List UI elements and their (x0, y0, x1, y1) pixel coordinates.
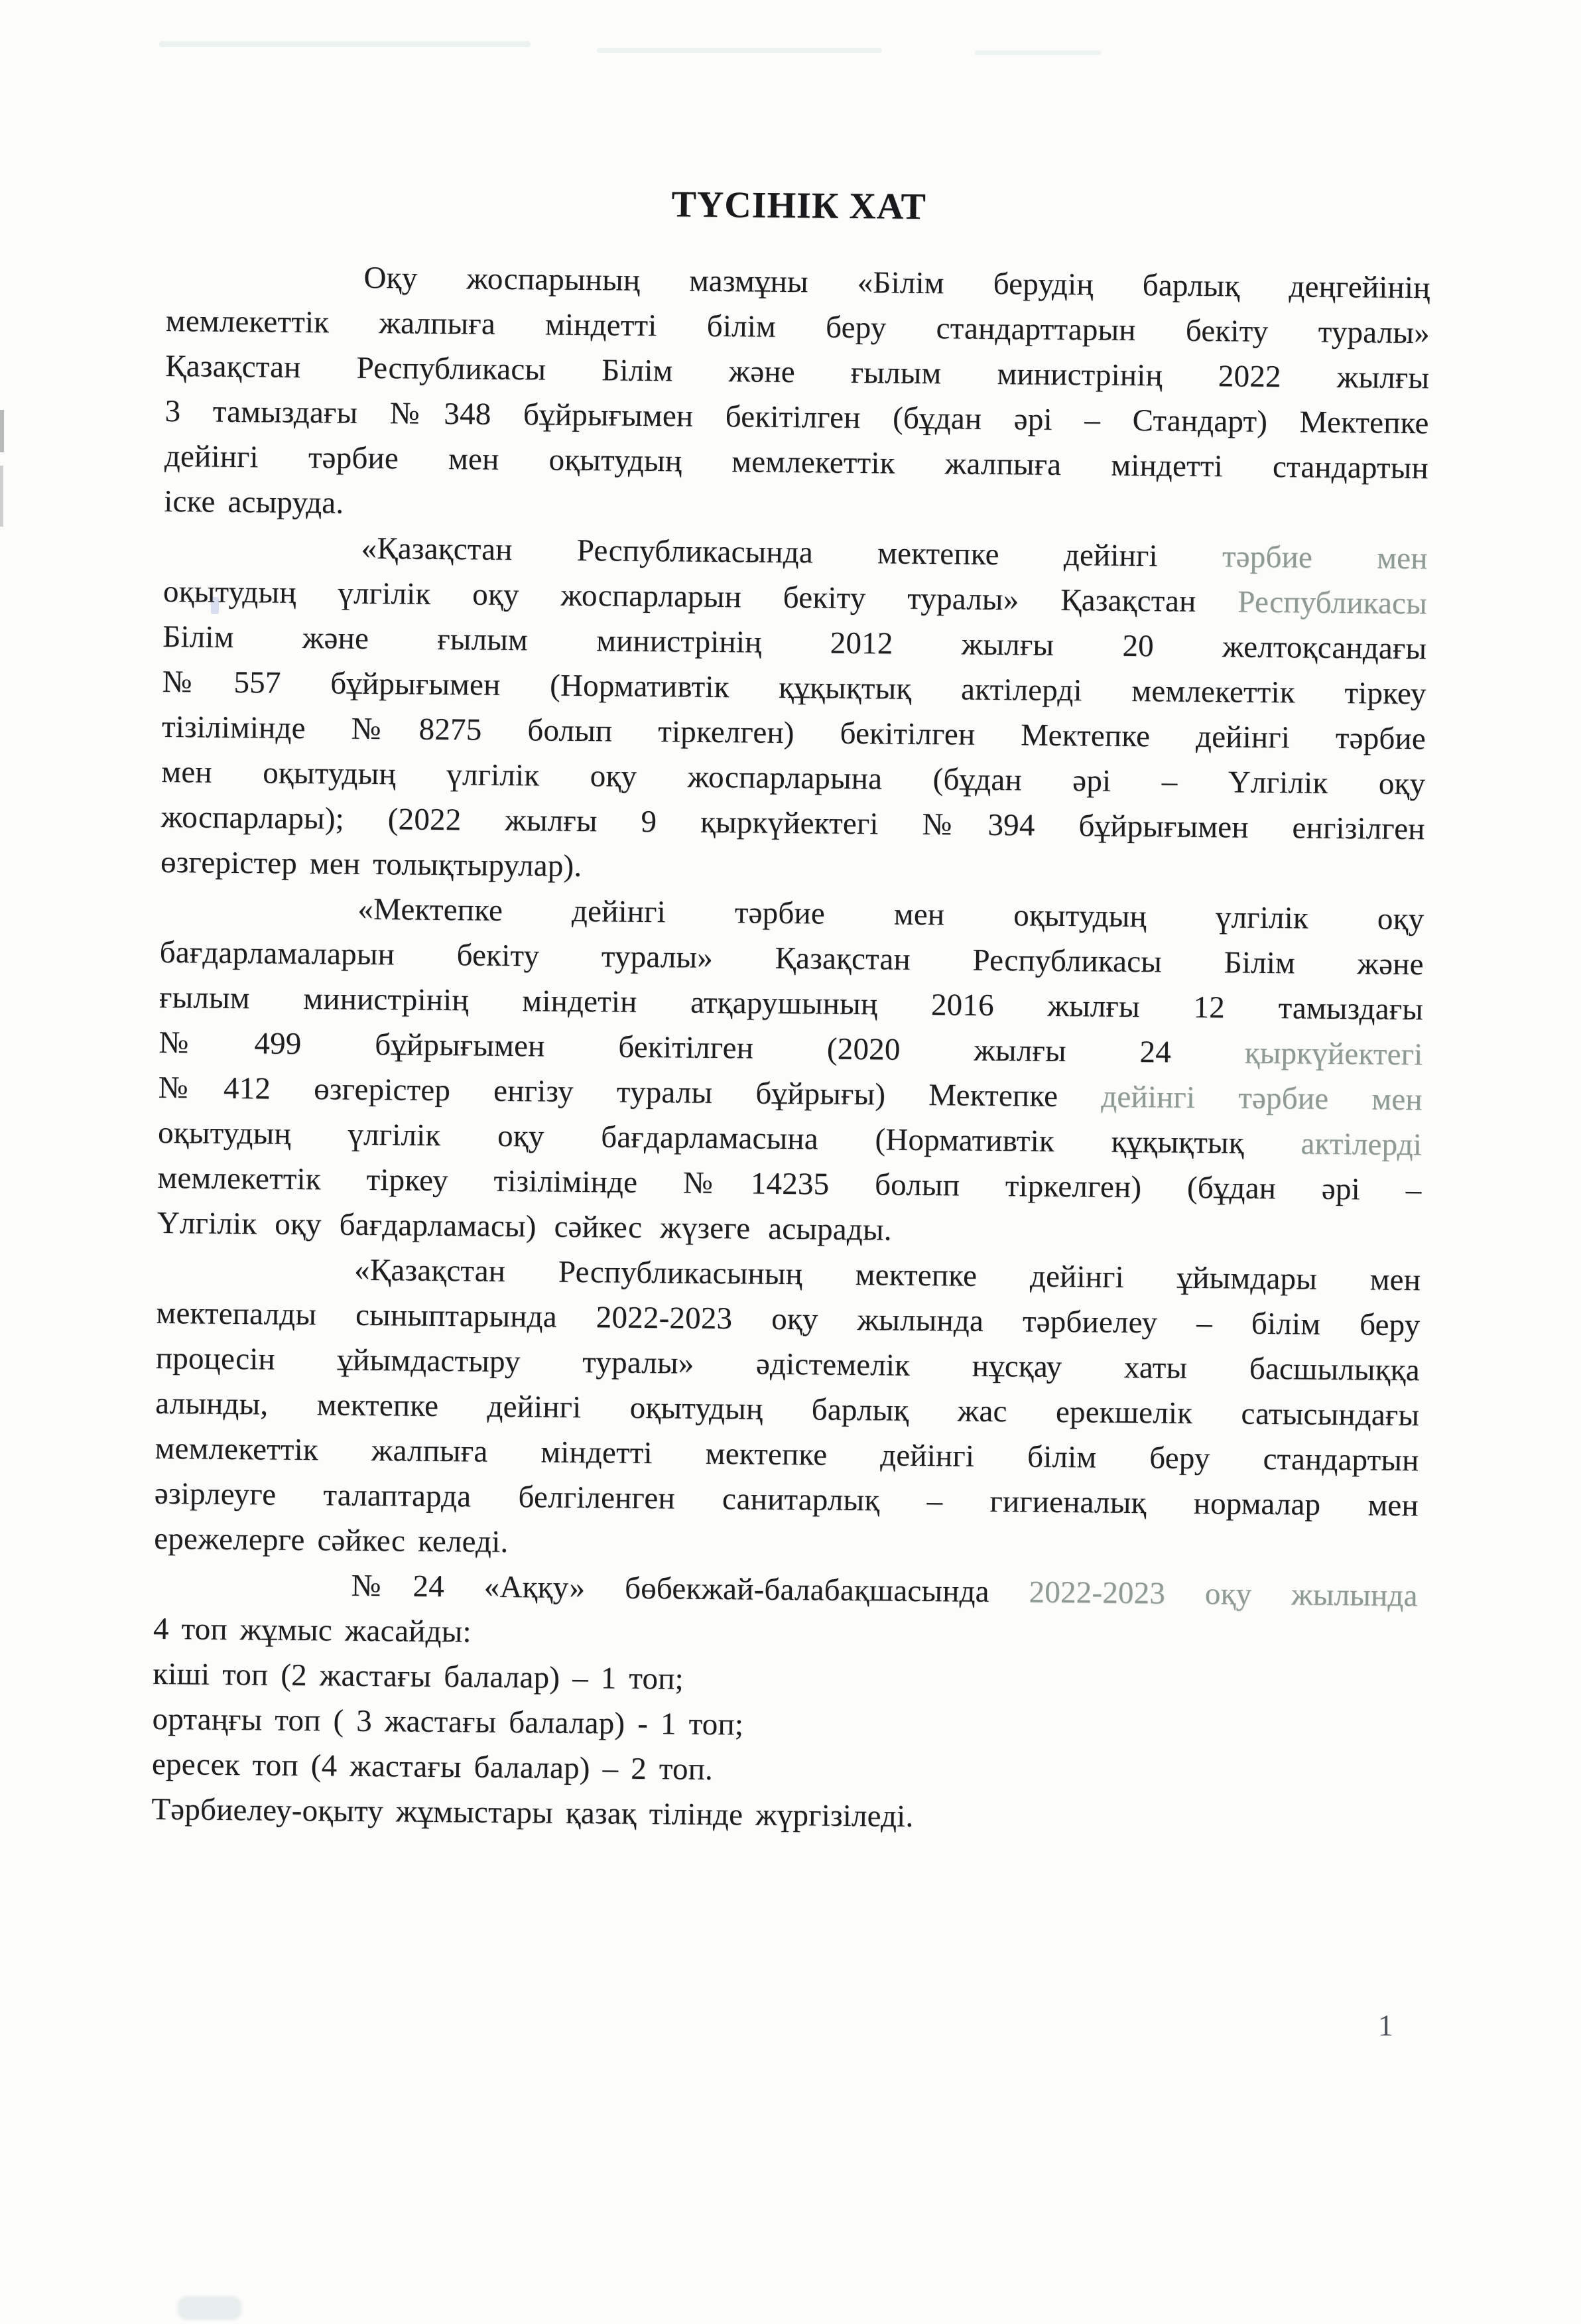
line-text: Тәрбиелеу-оқыту жұмыстары қазақ тілінде … (151, 1792, 914, 1834)
line-text: №24 «Аққу» бөбекжай-балабақшасында (351, 1569, 989, 1609)
scanned-document-page: ТҮСІНІК ХАТ Оқу жоспарының мазмұны «Білі… (0, 0, 1581, 2324)
line-text: Үлгілік оқу бағдарламасы) сәйкес жүзеге … (157, 1206, 892, 1248)
line-text: №412 өзгерістер енгізу туралы бұйрығы) М… (158, 1070, 1058, 1114)
line-text: 3 тамыздағы №348 бұйрығымен бекітілген (… (164, 394, 1428, 440)
line-text-faded: қыркүйектегі (1245, 1036, 1423, 1072)
line-text: оқытудың үлгілік оқу жоспарларын бекіту … (163, 574, 1196, 619)
line-text: №557 бұйрығымен (Нормативтік құқықтық ак… (162, 665, 1426, 711)
line-text: 4 топ жұмыс жасайды: (153, 1612, 472, 1649)
line-text: ережелерге сәйкес келеді. (154, 1521, 509, 1559)
line-text: ғылым министрінің міндетін атқарушының 2… (159, 980, 1423, 1027)
scan-artifact (597, 48, 882, 53)
line-text-faded: актілерді (1300, 1126, 1422, 1162)
line-text: №499 бұйрығымен бекітілген (2020 жылғы 2… (158, 1025, 1171, 1070)
line-text: тізілімінде №8275 болып тіркелген) бекіт… (162, 710, 1426, 756)
line-text: әзірлеуге талаптарда белгіленген санитар… (155, 1476, 1419, 1523)
line-text: оқытудың үлгілік оқу бағдарламасына (Нор… (158, 1116, 1244, 1161)
line-text: ортаңғы топ ( 3 жастағы балалар) - 1 топ… (152, 1702, 743, 1742)
line-text: мемлекеттік тіркеу тізілімінде №14235 бо… (157, 1161, 1421, 1207)
line-text: Білім және ғылым министрінің 2012 жылғы … (162, 619, 1426, 666)
document-content: ТҮСІНІК ХАТ Оқу жоспарының мазмұны «Білі… (151, 178, 1431, 1844)
page-number: 1 (1378, 2008, 1393, 2043)
line-text: «Мектепке дейінгі тәрбие мен оқытудың үл… (357, 892, 1424, 936)
line-text: «Қазақстан Республикасында мектепке дейі… (361, 531, 1158, 574)
scan-artifact (975, 50, 1101, 55)
scan-artifact (178, 2296, 241, 2320)
line-text: бағдарламаларын бекіту туралы» Қазақстан… (160, 935, 1424, 982)
scan-artifact (0, 466, 3, 527)
line-text-faded: Республикасы (1237, 585, 1427, 621)
line-text-faded: дейінгі тәрбие мен (1101, 1080, 1423, 1118)
line-text: мен оқытудың үлгілік оқу жоспарларына (б… (161, 755, 1425, 801)
line-text: алынды, мектепке дейінгі оқытудың барлық… (155, 1386, 1419, 1433)
line-text: мемлекеттік жалпыға міндетті білім беру … (166, 304, 1430, 350)
line-text-faded: 2022-2023 оқу жылында (1029, 1575, 1417, 1614)
line-text: іске асыруда. (164, 484, 344, 521)
line-text: кіші топ (2 жастағы балалар) – 1 топ; (153, 1657, 684, 1697)
line-text: процесін ұйымдастыру туралы» әдістемелік… (156, 1341, 1420, 1388)
line-text: өзгерістер мен толықтырулар). (160, 845, 582, 883)
line-text: Қазақстан Республикасы Білім және ғылым … (165, 349, 1429, 395)
line-text: ересек топ (4 жастағы балалар) – 2 топ. (152, 1747, 713, 1787)
line-text-faded: тәрбие мен (1222, 539, 1428, 576)
line-text: Оқу жоспарының мазмұны «Білім берудің ба… (363, 261, 1430, 305)
line-text: мемлекеттік жалпыға міндетті мектепке де… (155, 1431, 1419, 1478)
line-text: жоспарлары); (2022 жылғы 9 қыркүйектегі … (160, 800, 1424, 846)
scan-artifact (159, 41, 531, 47)
scan-artifact (0, 410, 4, 452)
line-text: дейінгі тәрбие мен оқытудың мемлекеттік … (164, 439, 1428, 485)
line-text: мектепалды сыныптарында 2022-2023 оқу жы… (156, 1296, 1420, 1342)
document-title: ТҮСІНІК ХАТ (166, 178, 1431, 233)
line-text: «Қазақстан Республикасының мектепке дейі… (354, 1253, 1421, 1297)
